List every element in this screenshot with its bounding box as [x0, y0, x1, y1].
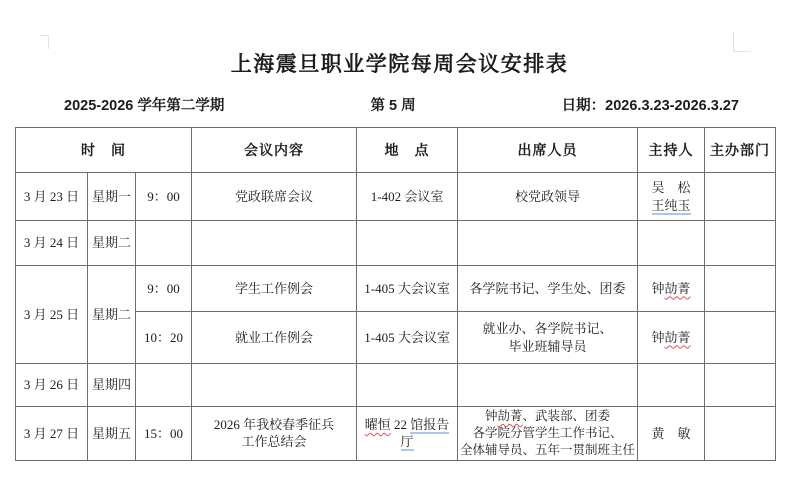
location-spellcheck: 曜恒 [365, 417, 391, 432]
weekday-cell: 星期五 [88, 407, 136, 461]
page-margin-mark-topleft [40, 35, 49, 49]
location-cell: 1-405 大会议室 [357, 312, 458, 364]
attendees-cell: 各学院书记、学生处、团委 [458, 266, 638, 312]
host-cell: 钟劼菁 [638, 266, 705, 312]
table-row: 3 月 27 日 星期五 15：00 2026 年我校春季征兵 工作总结会 曜恒… [16, 407, 776, 461]
attendees-line: 就业办、各学院书记、 [460, 320, 635, 338]
header-cell-content: 会议内容 [192, 128, 357, 173]
meeting-content-cell: 学生工作例会 [192, 266, 357, 312]
meeting-content-cell [192, 221, 357, 266]
week-label: 第 5 周 [370, 94, 415, 115]
time-cell [136, 364, 192, 407]
host-cell: 吴 松 王纯玉 [638, 173, 705, 221]
weekday-cell: 星期一 [88, 173, 136, 221]
header-cell-organizer: 主办部门 [705, 128, 776, 173]
header-cell-host: 主持人 [638, 128, 705, 173]
subtitle-bar: 2025-2026 学年第二学期 第 5 周 日期：2026.3.23-2026… [0, 94, 799, 115]
date-range-label: 日期：2026.3.23-2026.3.27 [562, 94, 739, 115]
table-row: 3 月 24 日 星期二 [16, 221, 776, 266]
host-name: 钟 [652, 281, 665, 296]
location-text: 22 [391, 417, 411, 432]
date-cell: 3 月 26 日 [16, 364, 88, 407]
host-cell [638, 221, 705, 266]
attendees-cell: 校党政领导 [458, 173, 638, 221]
date-cell: 3 月 25 日 [16, 266, 88, 364]
content-line: 2026 年我校春季征兵 [194, 416, 354, 434]
location-cell: 1-402 会议室 [357, 173, 458, 221]
host-name-spellcheck: 劼菁 [665, 330, 691, 345]
organizer-cell [705, 266, 776, 312]
header-cell-location: 地 点 [357, 128, 458, 173]
content-line: 工作总结会 [194, 433, 354, 451]
location-cell: 曜恒 22 馆报告厅 [357, 407, 458, 461]
host-name: 吴 松 [640, 179, 702, 197]
date-cell: 3 月 24 日 [16, 221, 88, 266]
time-cell [136, 221, 192, 266]
table-row: 3 月 25 日 星期二 9：00 学生工作例会 1-405 大会议室 各学院书… [16, 266, 776, 312]
semester-label: 2025-2026 学年第二学期 [64, 94, 224, 115]
attendees-cell: 就业办、各学院书记、 毕业班辅导员 [458, 312, 638, 364]
host-cell: 钟劼菁 [638, 312, 705, 364]
organizer-cell [705, 221, 776, 266]
table-row: 3 月 26 日 星期四 [16, 364, 776, 407]
weekday-cell: 星期二 [88, 266, 136, 364]
attendees-line: 钟劼菁、武装部、团委 [460, 408, 635, 425]
header-cell-time: 时 间 [16, 128, 192, 173]
attendees-line: 毕业班辅导员 [460, 338, 635, 356]
meeting-content-cell: 2026 年我校春季征兵 工作总结会 [192, 407, 357, 461]
weekly-meeting-schedule-table: 时 间 会议内容 地 点 出席人员 主持人 主办部门 3 月 23 日 星期一 … [15, 127, 776, 461]
host-name-underlined: 王纯玉 [652, 198, 691, 215]
meeting-content-cell: 党政联席会议 [192, 173, 357, 221]
host-cell [638, 364, 705, 407]
meeting-content-cell: 就业工作例会 [192, 312, 357, 364]
location-cell [357, 221, 458, 266]
time-cell: 10：20 [136, 312, 192, 364]
organizer-cell [705, 312, 776, 364]
organizer-cell [705, 364, 776, 407]
document-page: 上海震旦职业学院每周会议安排表 2025-2026 学年第二学期 第 5 周 日… [0, 0, 799, 490]
attendees-cell: 钟劼菁、武装部、团委 各学院分管学生工作书记、 全体辅导员、五年一贯制班主任 [458, 407, 638, 461]
organizer-cell [705, 173, 776, 221]
location-cell [357, 364, 458, 407]
weekday-cell: 星期二 [88, 221, 136, 266]
host-name: 钟 [652, 330, 665, 345]
attendees-cell [458, 221, 638, 266]
header-cell-attendees: 出席人员 [458, 128, 638, 173]
host-name-spellcheck: 劼菁 [665, 281, 691, 296]
meeting-content-cell [192, 364, 357, 407]
table-row: 3 月 23 日 星期一 9：00 党政联席会议 1-402 会议室 校党政领导… [16, 173, 776, 221]
attendees-line: 各学院分管学生工作书记、 [460, 425, 635, 442]
document-title: 上海震旦职业学院每周会议安排表 [0, 48, 799, 78]
time-cell: 9：00 [136, 266, 192, 312]
location-cell: 1-405 大会议室 [357, 266, 458, 312]
date-cell: 3 月 23 日 [16, 173, 88, 221]
weekday-cell: 星期四 [88, 364, 136, 407]
time-cell: 9：00 [136, 173, 192, 221]
attendees-cell [458, 364, 638, 407]
organizer-cell [705, 407, 776, 461]
attendees-line: 全体辅导员、五年一贯制班主任 [460, 442, 635, 459]
host-cell: 黄 敏 [638, 407, 705, 461]
time-cell: 15：00 [136, 407, 192, 461]
header-row: 时 间 会议内容 地 点 出席人员 主持人 主办部门 [16, 128, 776, 173]
date-cell: 3 月 27 日 [16, 407, 88, 461]
